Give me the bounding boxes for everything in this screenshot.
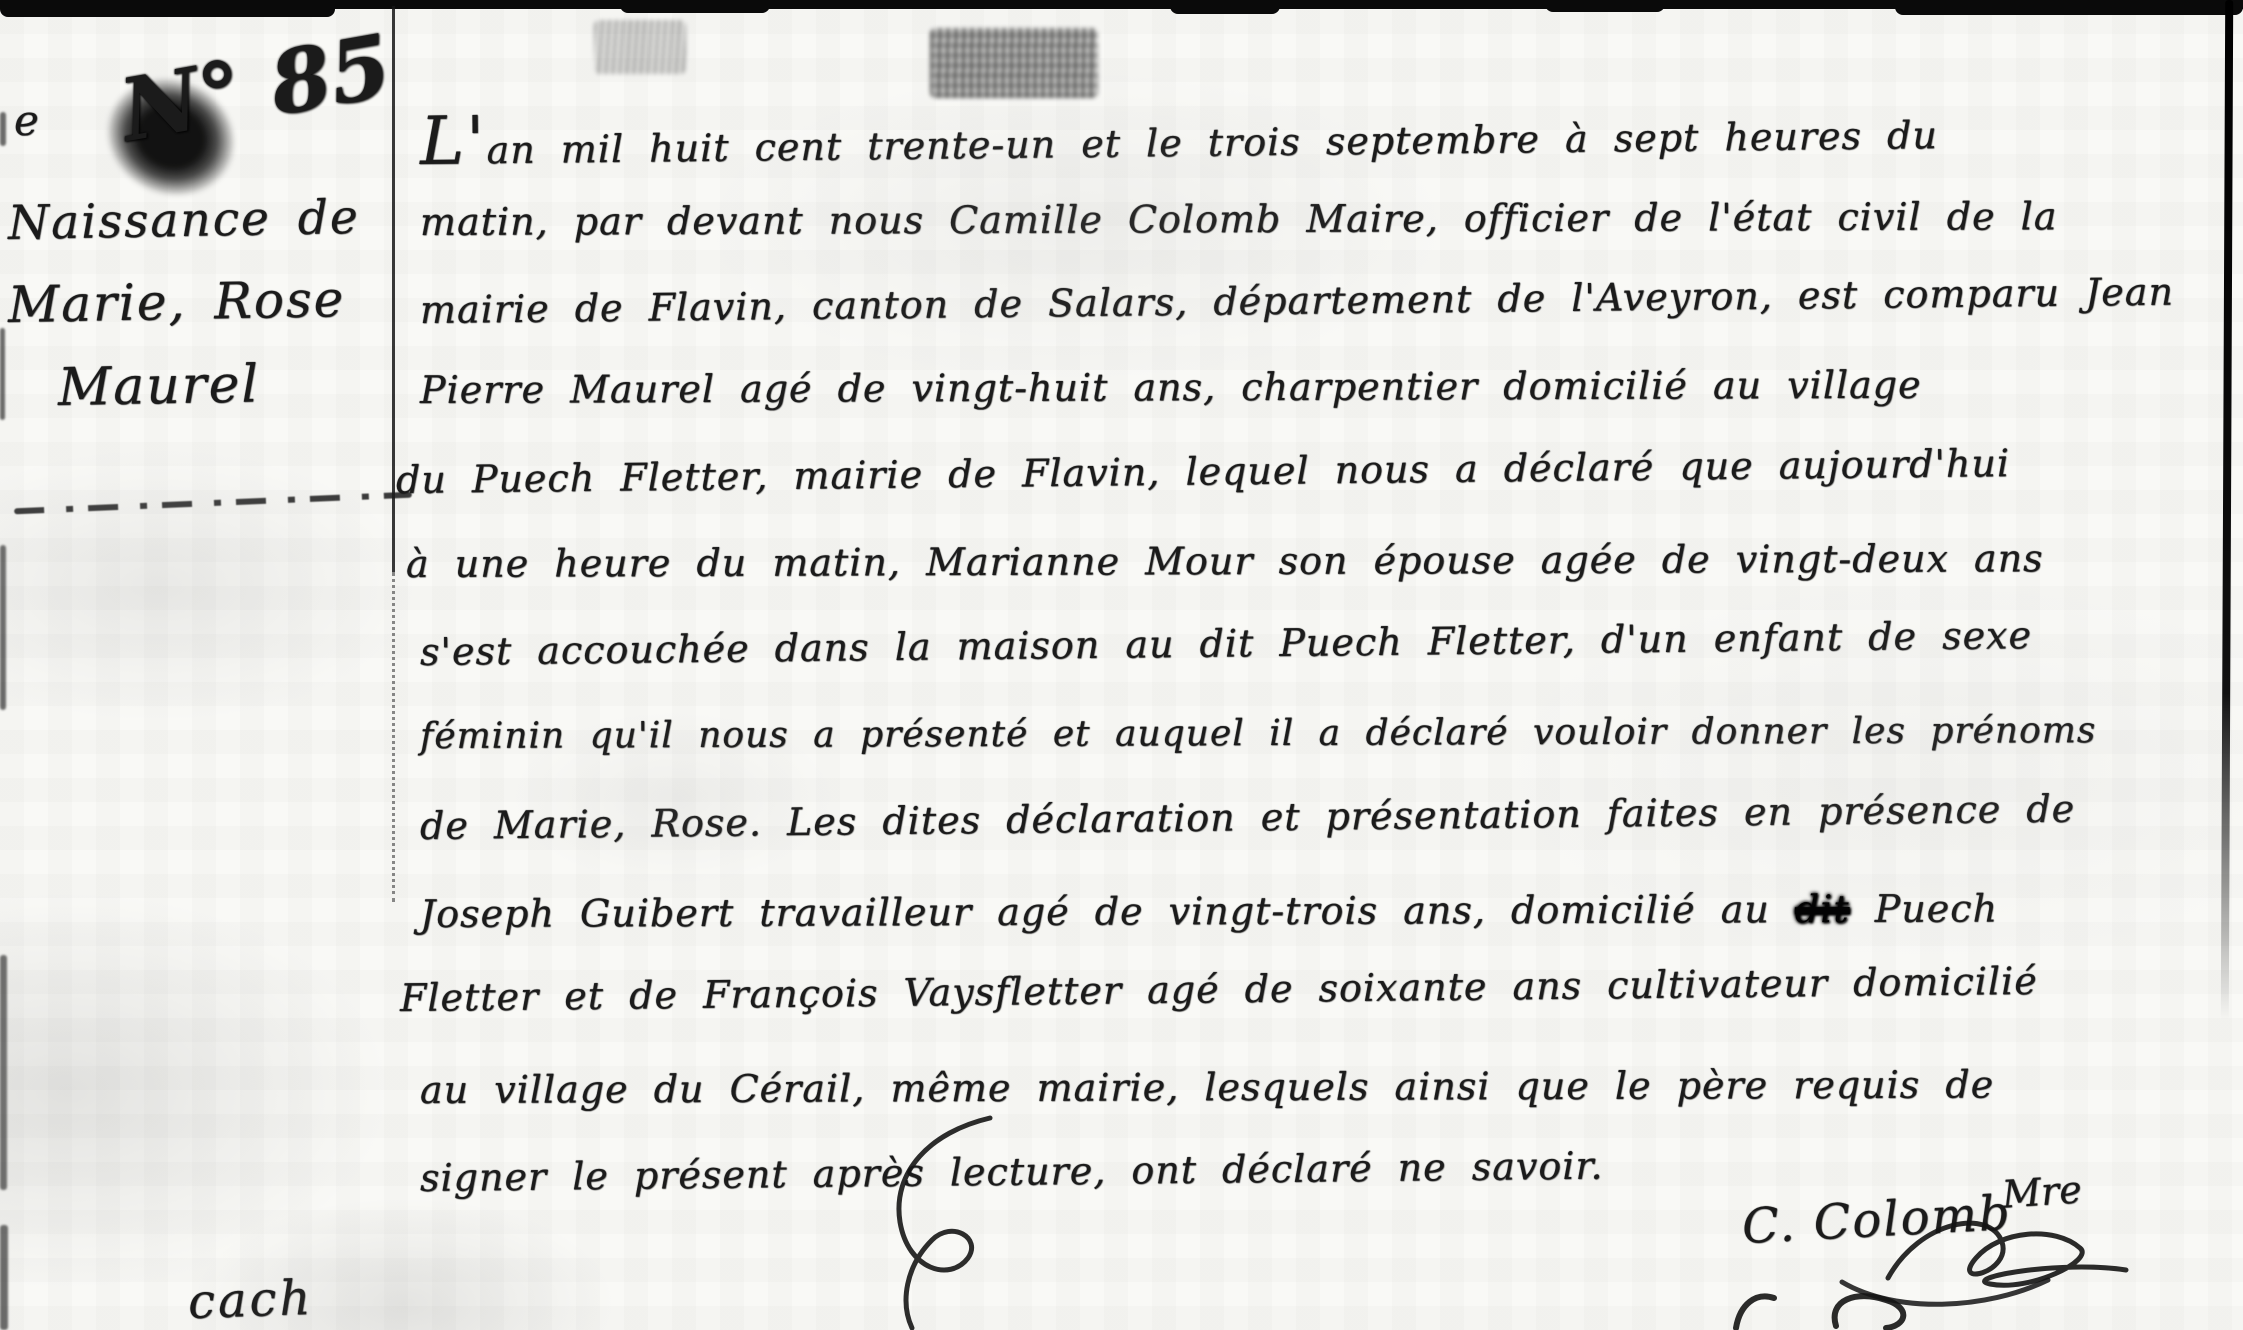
- margin-title-line: Naissance de: [8, 190, 361, 251]
- body-line: au village du Cérail, même mairie, lesqu…: [420, 1063, 1994, 1112]
- scan-edge-blob: [1895, 0, 2243, 15]
- body-line: s'est accouchée dans la maison au dit Pu…: [420, 613, 2032, 674]
- ink-smudge: [594, 20, 686, 74]
- pen-curl-flourish: [840, 1112, 1030, 1330]
- body-line-text: Joseph Guibert travailleur agé de vingt-…: [420, 887, 1795, 936]
- body-line: Joseph Guibert travailleur agé de vingt-…: [420, 886, 1998, 936]
- body-line: Pierre Maurel agé de vingt-huit ans, cha…: [420, 363, 1922, 412]
- crossed-out-word: dit: [1795, 887, 1850, 931]
- edge-speck: [0, 112, 6, 146]
- act-number: N° 85: [113, 15, 398, 162]
- ink-smudge: [930, 28, 1098, 98]
- body-line: du Puech Fletter, mairie de Flavin, lequ…: [396, 441, 2010, 502]
- scan-edge-blob: [0, 0, 335, 17]
- body-line: féminin qu'il nous a présenté et auquel …: [420, 710, 2096, 757]
- edge-speck: [0, 1225, 8, 1330]
- edge-speck: [0, 955, 7, 1190]
- scan-edge-blob: [1545, 0, 1665, 12]
- body-line: de Marie, Rose. Les dites déclaration et…: [420, 787, 2076, 848]
- page-right-edge-line: [2221, 0, 2233, 1020]
- margin-corner-mark: e: [14, 96, 39, 145]
- body-line: signer le présent après lecture, ont déc…: [420, 1144, 1604, 1200]
- body-line: à une heure du matin, Marianne Mour son …: [406, 536, 2044, 586]
- margin-title-line: Maurel: [57, 354, 260, 418]
- body-line: mairie de Flavin, canton de Salars, dépa…: [420, 270, 2174, 332]
- signature-underline-flourish: [1836, 1252, 2056, 1330]
- bottom-left-partial-word: cach: [187, 1270, 314, 1330]
- body-line: Fletter et de François Vaysfletter agé d…: [400, 959, 2038, 1020]
- scanned-birth-record-page: e N° 85 Naissance de Marie, Rose Maurel …: [0, 0, 2243, 1330]
- body-line-text: Puech: [1850, 886, 1999, 931]
- mayor-signature-title: Mre: [2001, 1167, 2083, 1216]
- scan-edge-blob: [1170, 0, 1280, 14]
- edge-speck: [0, 545, 6, 710]
- body-line: matin, par devant nous Camille Colomb Ma…: [420, 194, 2058, 244]
- bottom-partial-signature-flourish: [1716, 1290, 2016, 1330]
- margin-rule-line-faint: [392, 572, 395, 902]
- body-line: L'an mil huit cent trente-un et le trois…: [420, 86, 1939, 180]
- mayor-signature: C. Colomb: [1741, 1185, 2013, 1255]
- scan-edge-blob: [620, 0, 770, 13]
- edge-speck: [0, 328, 5, 420]
- margin-dashed-separator: [14, 492, 412, 515]
- margin-title-line: Marie, Rose: [7, 270, 345, 334]
